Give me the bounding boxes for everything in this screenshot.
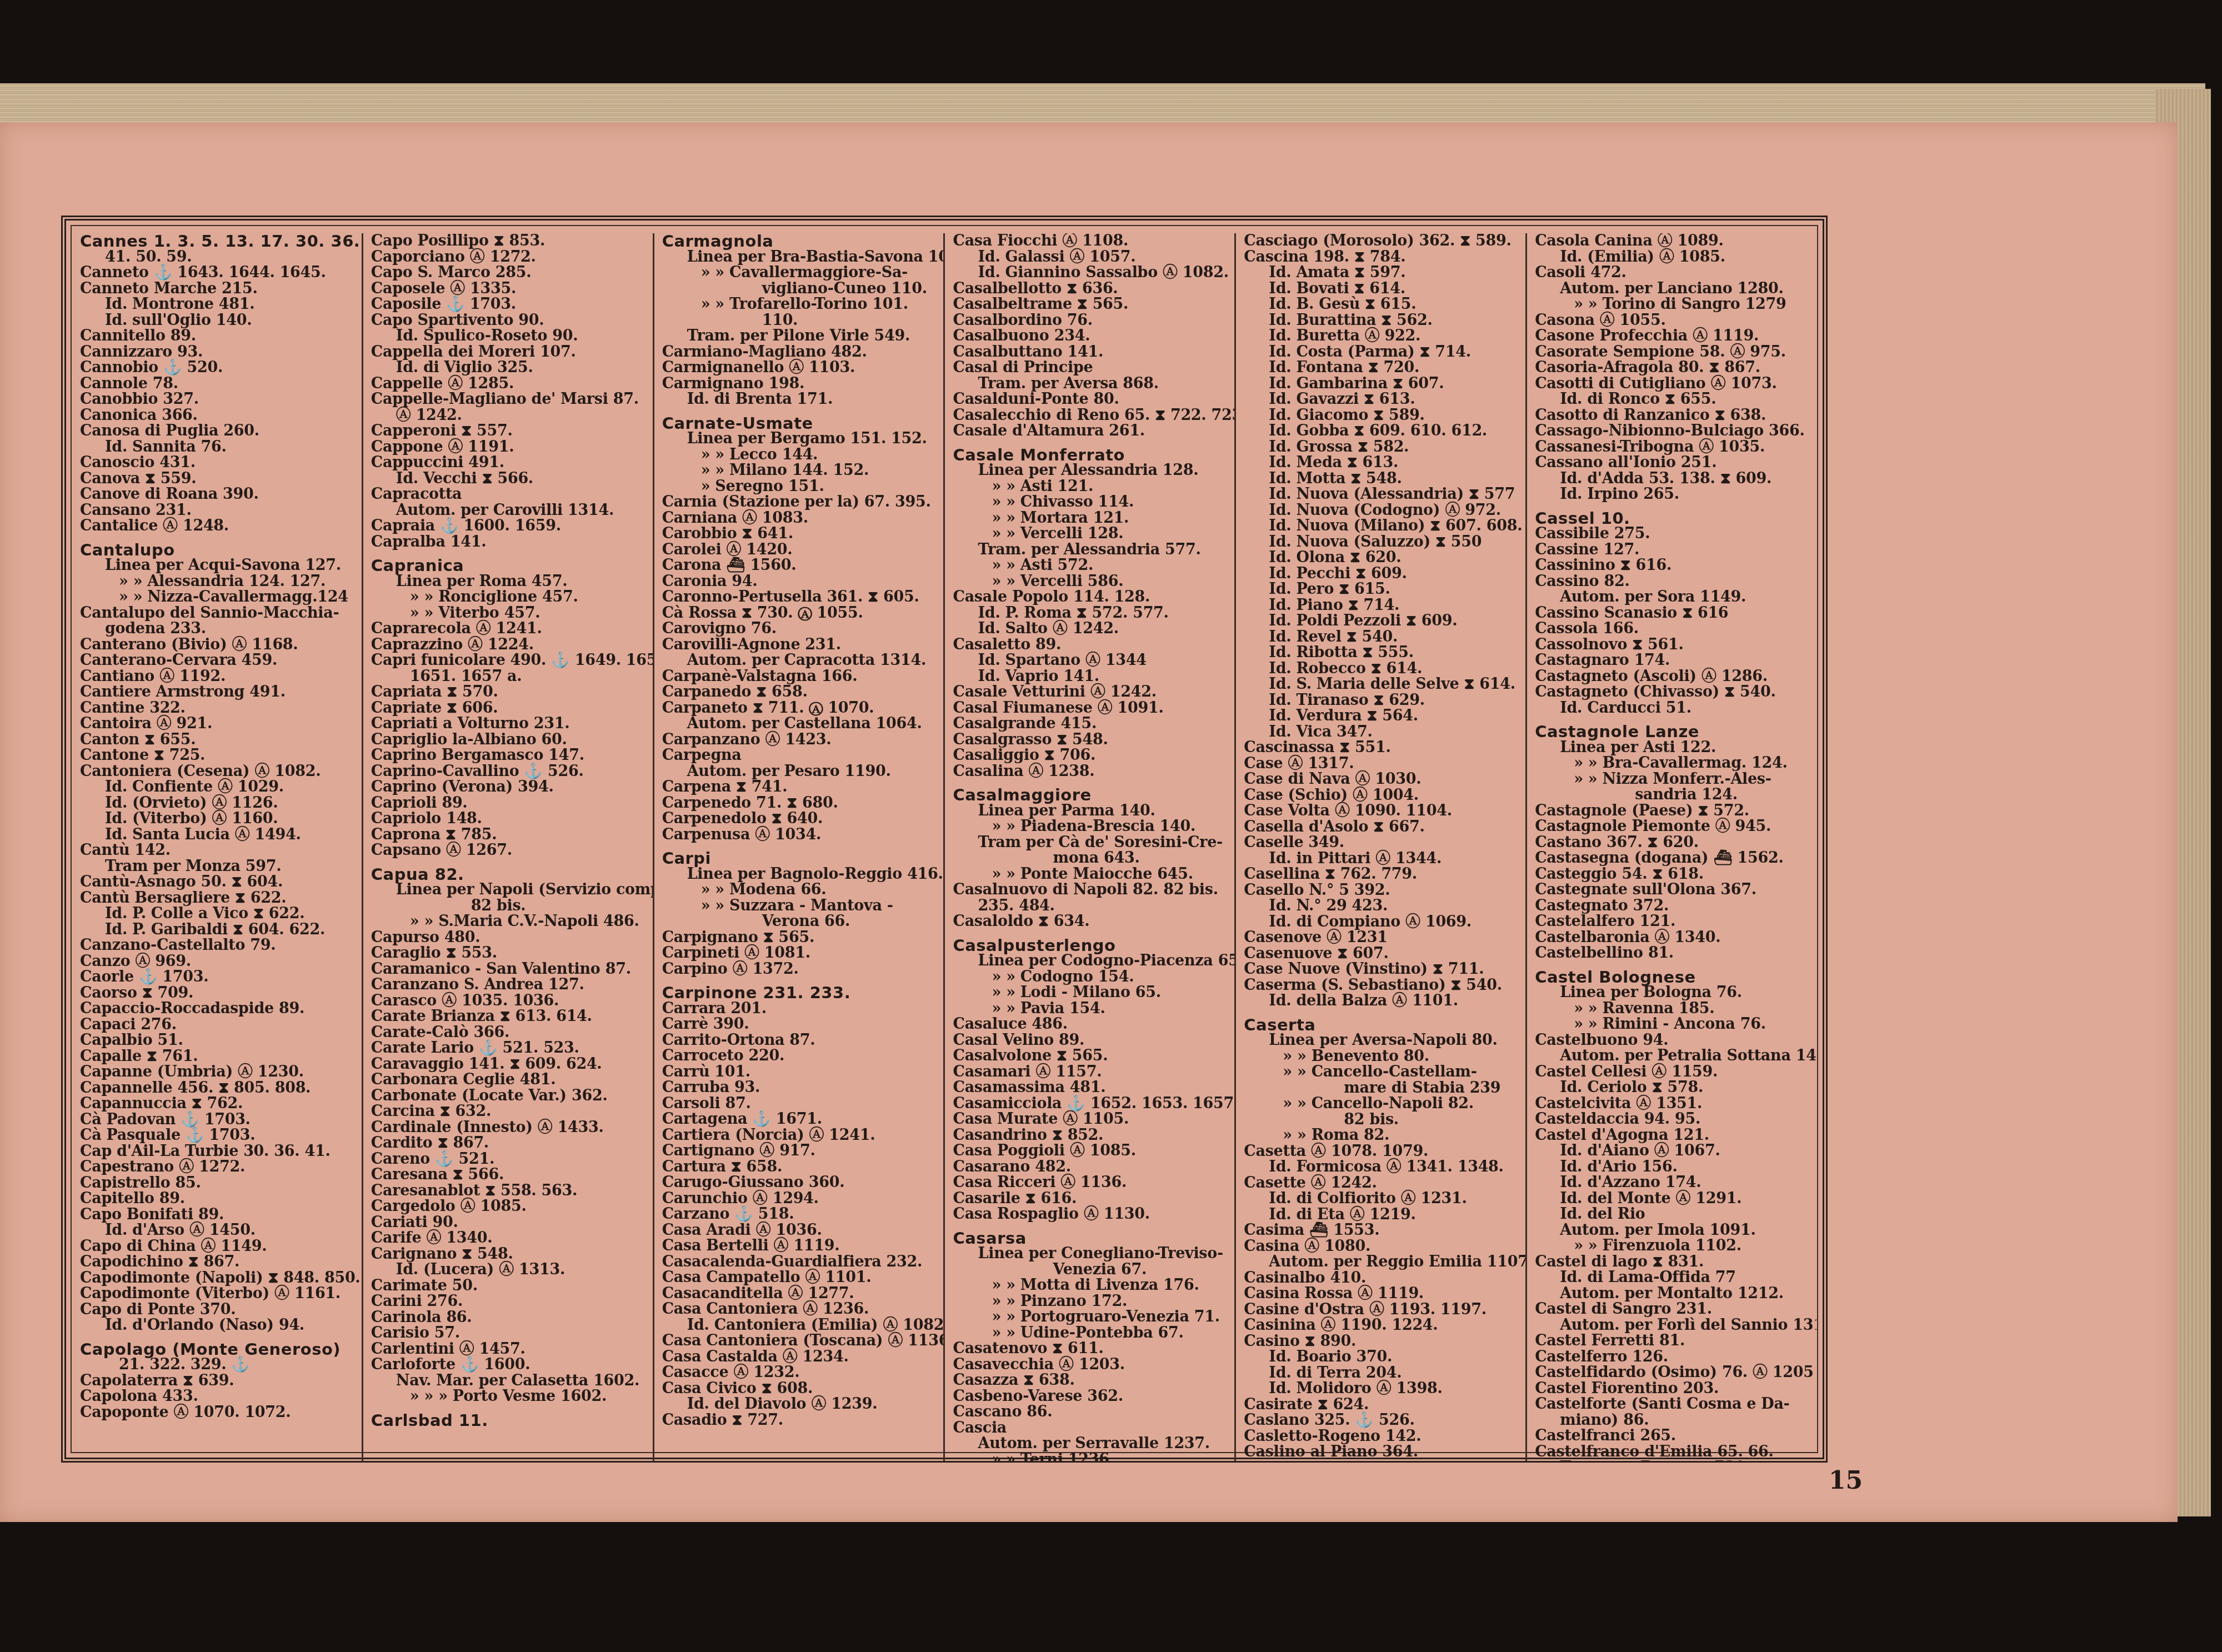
index-entry: Casina Ⓐ 1080. xyxy=(1244,1239,1519,1255)
index-entry: Id. Ceriolo ⧗ 578. xyxy=(1535,1080,1810,1096)
index-entry: Careno ⚓ 521. xyxy=(371,1152,646,1168)
index-entry: Cappuccini 491. xyxy=(371,455,646,471)
index-entry: » » Roma 82. xyxy=(1244,1128,1519,1144)
index-entry: Linea per Aversa-Napoli 80. xyxy=(1244,1033,1519,1049)
index-entry: » » Modena 66. xyxy=(662,882,937,898)
index-entry: Id. Sannita 76. xyxy=(80,439,355,455)
index-entry: Cantine 322. xyxy=(80,700,355,717)
index-entry: Castel Fiorentino 203. xyxy=(1535,1381,1810,1397)
index-entry: Id. Spartano Ⓐ 1344 xyxy=(953,653,1228,669)
index-entry: Id. P. Garibaldi ⧗ 604. 622. xyxy=(80,922,355,938)
index-entry: Id. Vica 347. xyxy=(1244,724,1519,740)
index-heading: Castel Bolognese xyxy=(1535,969,1810,985)
index-entry: » Seregno 151. xyxy=(662,479,937,495)
index-entry: » » Nizza-Cavallermagg.124 xyxy=(80,589,355,605)
index-entry: Casale Popolo 114. 128. xyxy=(953,589,1228,605)
index-entry: Id. d'Adda 53. 138. ⧗ 609. xyxy=(1535,471,1810,487)
index-entry: Caprino (Verona) 394. xyxy=(371,779,646,795)
index-entry: Canobbio 327. xyxy=(80,392,355,408)
index-entry: Canzo Ⓐ 969. xyxy=(80,954,355,970)
index-entry: Casaloldo ⧗ 634. xyxy=(953,914,1228,930)
index-entry: » » Asti 121. xyxy=(953,479,1228,495)
index-entry: Id. (Emilia) Ⓐ 1085. xyxy=(1535,249,1810,266)
index-entry: Cap d'Ail-La Turbie 30. 36. 41. xyxy=(80,1144,355,1160)
index-entry: Casina Rossa Ⓐ 1119. xyxy=(1244,1286,1519,1302)
index-entry: Cantoira Ⓐ 921. xyxy=(80,716,355,732)
index-entry: Carasco Ⓐ 1035. 1036. xyxy=(371,993,646,1009)
index-entry: Canova ⧗ 559. xyxy=(80,471,355,487)
index-entry: Canonica 366. xyxy=(80,408,355,424)
index-entry: Linea per Acqui-Savona 127. xyxy=(80,558,355,574)
index-entry: Casine d'Ostra Ⓐ 1193. 1197. xyxy=(1244,1302,1519,1318)
index-entry: Cannitello 89. xyxy=(80,328,355,344)
index-entry: Casa Poggioli Ⓐ 1085. xyxy=(953,1143,1228,1159)
index-entry: Caposele Ⓐ 1335. xyxy=(371,281,646,297)
index-entry: Caposile ⚓ 1703. xyxy=(371,297,646,313)
index-entry: Capalle ⧗ 761. xyxy=(80,1049,355,1065)
index-entry: Castagnaro 174. xyxy=(1535,653,1810,669)
index-entry: Carlentini Ⓐ 1457. xyxy=(371,1341,646,1358)
index-entry: Capraia ⚓ 1600. 1659. xyxy=(371,518,646,534)
index-entry: Castagnole (Paese) ⧗ 572. xyxy=(1535,803,1810,819)
index-entry: Casotti di Cutigliano Ⓐ 1073. xyxy=(1535,376,1810,392)
index-entry: Carcina ⧗ 632. xyxy=(371,1104,646,1120)
index-entry: » » Mortara 121. xyxy=(953,510,1228,527)
index-entry: Castelfranco d'Emilia 65. 66. xyxy=(1535,1444,1810,1460)
index-entry: Id. Amata ⧗ 597. xyxy=(1244,265,1519,281)
index-entry: Caporciano Ⓐ 1272. xyxy=(371,249,646,266)
index-entry: Castel d'Agogna 121. xyxy=(1535,1128,1810,1144)
index-entry: Capestrano Ⓐ 1272. xyxy=(80,1159,355,1175)
index-heading: Carlsbad 11. xyxy=(371,1413,646,1429)
index-entry: Id. B. Gesù ⧗ 615. xyxy=(1244,297,1519,313)
index-entry: Casamassima 481. xyxy=(953,1080,1228,1096)
index-entry: Casalgrande 415. xyxy=(953,716,1228,732)
index-entry: Autom. per Reggio Emilia 1107. xyxy=(1244,1254,1519,1270)
index-entry: Cannobio ⚓ 520. xyxy=(80,360,355,376)
index-entry: Caranzano S. Andrea 127. xyxy=(371,977,646,993)
index-entry: Casarile ⧗ 616. xyxy=(953,1191,1228,1207)
index-entry: Tram. per Aversa 868. xyxy=(953,376,1228,392)
index-entry: Casoli 472. xyxy=(1535,265,1810,281)
index-entry: Castelforte (Santi Cosma e Da- xyxy=(1535,1396,1810,1413)
index-entry: Caorso ⧗ 709. xyxy=(80,985,355,1002)
index-heading: Capua 82. xyxy=(371,867,646,883)
index-entry: Capriolo 148. xyxy=(371,811,646,827)
index-entry: Carate-Calò 366. xyxy=(371,1025,646,1041)
index-entry: Castelbellino 81. xyxy=(1535,945,1810,962)
index-entry: Capodimonte (Viterbo) Ⓐ 1161. xyxy=(80,1286,355,1302)
index-entry: Casarano 482. xyxy=(953,1159,1228,1175)
index-entry: Castel Cellesi Ⓐ 1159. xyxy=(1535,1064,1810,1080)
index-entry: Carrè 390. xyxy=(662,1017,937,1033)
index-entry: Casacalenda-Guardialfiera 232. xyxy=(662,1254,937,1270)
index-entry: Capo Bonifati 89. xyxy=(80,1207,355,1223)
index-heading: Casalmaggiore xyxy=(953,787,1228,803)
index-entry: Id. Costa (Parma) ⧗ 714. xyxy=(1244,344,1519,361)
index-entry: Casellina ⧗ 762. 779. xyxy=(1244,867,1519,883)
index-entry: Cassago-Nibionno-Bulciago 366. xyxy=(1535,423,1810,439)
index-entry: Capannuccia ⧗ 762. xyxy=(80,1096,355,1112)
index-entry: Autom. per Carovilli 1314. xyxy=(371,503,646,519)
index-entry: Id. Carducci 51. xyxy=(1535,700,1810,717)
index-entry: Casavecchia Ⓐ 1203. xyxy=(953,1357,1228,1373)
index-entry: Ⓐ 1242. xyxy=(371,408,646,424)
index-entry: Caserma (S. Sebastiano) ⧗ 540. xyxy=(1244,978,1519,994)
index-entry: Id. Giacomo ⧗ 589. xyxy=(1244,408,1519,424)
index-entry: » » Pavia 154. xyxy=(953,1001,1228,1017)
index-entry: Carugo-Giussano 360. xyxy=(662,1175,937,1191)
index-entry: Casetta Ⓐ 1078. 1079. xyxy=(1244,1144,1519,1160)
index-entry: Tram. per Alessandria 577. xyxy=(953,542,1228,558)
index-entry: Id. P. Roma ⧗ 572. 577. xyxy=(953,605,1228,622)
index-heading: Capranica xyxy=(371,558,646,574)
index-entry: Casletto-Rogeno 142. xyxy=(1244,1429,1519,1445)
index-entry: Capriate ⧗ 606. xyxy=(371,700,646,717)
index-entry: Autom. per Montalto 1212. xyxy=(1535,1286,1810,1302)
index-entry: Id. Nuova (Codogno) Ⓐ 972. xyxy=(1244,503,1519,519)
index-entry: Carpineti Ⓐ 1081. xyxy=(662,945,937,962)
index-entry: Id. di Brenta 171. xyxy=(662,392,937,408)
index-entry: Cannole 78. xyxy=(80,376,355,392)
index-entry: Casaluce 486. xyxy=(953,1017,1228,1033)
index-entry: » » Viterbo 457. xyxy=(371,605,646,622)
index-entry: Carmignano 198. xyxy=(662,376,937,392)
index-entry: Castelferro 126. xyxy=(1535,1349,1810,1365)
index-entry: Cantù 142. xyxy=(80,843,355,859)
index-column-5: Casciago (Morosolo) 362. ⧗ 589.Cascina 1… xyxy=(1236,233,1527,1461)
index-heading: Cassel 10. xyxy=(1535,510,1810,527)
index-entry: Casalbellotto ⧗ 636. xyxy=(953,281,1228,297)
index-entry: Canove di Roana 390. xyxy=(80,487,355,503)
index-entry: Id. Spulico-Roseto 90. xyxy=(371,328,646,344)
index-column-2: Capo Posillipo ⧗ 853.Caporciano Ⓐ 1272.C… xyxy=(363,233,654,1461)
index-entry: Id. d'Arso Ⓐ 1450. xyxy=(80,1223,355,1239)
index-heading: Casarsa xyxy=(953,1230,1228,1246)
index-entry: Casirate ⧗ 624. xyxy=(1244,1397,1519,1413)
index-entry: » » » Porto Vesme 1602. xyxy=(371,1389,646,1405)
index-entry: Casazza ⧗ 638. xyxy=(953,1373,1228,1389)
index-entry: Casalbordino 76. xyxy=(953,313,1228,329)
index-entry: Capriata ⧗ 570. xyxy=(371,684,646,700)
index-entry: Castelcivita Ⓐ 1351. xyxy=(1535,1096,1810,1112)
index-entry: Id. di Eta Ⓐ 1219. xyxy=(1244,1207,1519,1223)
index-entry: Casinina Ⓐ 1190. 1224. xyxy=(1244,1318,1519,1334)
index-entry: Casteggio 54. ⧗ 618. xyxy=(1535,867,1810,883)
index-entry: Cascano 86. xyxy=(953,1404,1228,1420)
index-entry: Casa Murate Ⓐ 1105. xyxy=(953,1112,1228,1128)
index-entry: Tram. per Pilone Virle 549. xyxy=(662,328,937,344)
index-entry: Cascia xyxy=(953,1420,1228,1436)
index-entry: Casamari Ⓐ 1157. xyxy=(953,1064,1228,1080)
index-entry: Cantù-Asnago 50. ⧗ 604. xyxy=(80,874,355,890)
index-entry: Id. di Viglio 325. xyxy=(371,360,646,376)
index-entry: Capannelle 456. ⧗ 805. 808. xyxy=(80,1080,355,1097)
index-entry: Capodimonte (Napoli) ⧗ 848. 850. xyxy=(80,1270,355,1286)
index-columns: Cannes 1. 3. 5. 13. 17. 30. 36. 40.41. 5… xyxy=(72,233,1816,1461)
index-entry: Id. (Viterbo) Ⓐ 1160. xyxy=(80,811,355,827)
index-entry: Casa Fiocchi Ⓐ 1108. xyxy=(953,233,1228,249)
index-entry: Cantiano Ⓐ 1192. xyxy=(80,669,355,685)
index-entry: Autom. per Castellana 1064. xyxy=(662,716,937,732)
index-entry: Id. di Colfiorito Ⓐ 1231. xyxy=(1244,1191,1519,1207)
index-entry: Id. Montrone 481. xyxy=(80,297,355,313)
index-entry: » » Ponte Maiocche 645. xyxy=(953,867,1228,883)
index-entry: Casalbuttano 141. xyxy=(953,344,1228,361)
index-heading: Carmagnola xyxy=(662,233,937,249)
index-entry: Nav. Mar. per Calasetta 1602. xyxy=(371,1373,646,1389)
index-entry: Id. d'Orlando (Naso) 94. xyxy=(80,1318,355,1334)
index-entry: Capaccio-Roccadaspide 89. xyxy=(80,1001,355,1017)
index-entry: Castegnate sull'Olona 367. xyxy=(1535,882,1810,898)
index-entry: Casciago (Morosolo) 362. ⧗ 589. xyxy=(1244,233,1519,249)
index-entry: Casaletto 89. xyxy=(953,637,1228,653)
index-entry: Castelbuono 94. xyxy=(1535,1033,1810,1049)
index-entry: Carpaneto ⧗ 711. Ⓐ 1070. xyxy=(662,700,937,717)
index-entry: » » Asti 572. xyxy=(953,558,1228,574)
index-entry: » » Firenzuola 1102. xyxy=(1535,1238,1810,1254)
index-entry: Cartiera (Norcia) Ⓐ 1241. xyxy=(662,1128,937,1144)
index-entry: Casoria-Afragola 80. ⧗ 867. xyxy=(1535,360,1810,376)
index-entry: Cappelle Ⓐ 1285. xyxy=(371,376,646,392)
index-entry: Castagnole Piemonte Ⓐ 945. xyxy=(1535,819,1810,835)
index-entry: Caprino Bergamasco 147. xyxy=(371,748,646,764)
index-entry: Id. Meda ⧗ 613. xyxy=(1244,455,1519,471)
index-entry: Id. N.° 29 423. xyxy=(1244,898,1519,914)
index-entry: Id. Verdura ⧗ 564. xyxy=(1244,708,1519,724)
index-entry: mona 643. xyxy=(953,850,1228,867)
index-entry: Capo di China Ⓐ 1149. xyxy=(80,1239,355,1255)
index-entry: miano) 86. xyxy=(1535,1413,1810,1429)
index-entry: Capriati a Volturno 231. xyxy=(371,716,646,732)
index-entry: » » Torino di Sangro 1279 xyxy=(1535,297,1810,313)
index-entry: Id. Santa Lucia Ⓐ 1494. xyxy=(80,827,355,843)
index-entry: Linea per Alessandria 128. xyxy=(953,463,1228,479)
index-entry: Id. del Diavolo Ⓐ 1239. xyxy=(662,1396,937,1413)
index-entry: Id. Salto Ⓐ 1242. xyxy=(953,621,1228,637)
index-entry: » » Milano 144. 152. xyxy=(662,463,937,479)
index-entry: Canoscio 431. xyxy=(80,455,355,471)
index-entry: Id. S. Maria delle Selve ⧗ 614. xyxy=(1244,677,1519,693)
index-entry: Casotto di Ranzanico ⧗ 638. xyxy=(1535,408,1810,424)
index-entry: Id. d'Aiano Ⓐ 1067. xyxy=(1535,1143,1810,1159)
index-entry: Id. Giannino Sassalbo Ⓐ 1082. xyxy=(953,265,1228,281)
index-entry: Id. Galassi Ⓐ 1057. xyxy=(953,249,1228,266)
index-entry: vigliano-Cuneo 110. xyxy=(662,281,937,297)
index-entry: Carroceto 220. xyxy=(662,1048,937,1064)
index-entry: Id. Vecchi ⧗ 566. xyxy=(371,471,646,487)
index-entry: Id. (Orvieto) Ⓐ 1126. xyxy=(80,795,355,812)
index-entry: Cantalupo del Sannio-Macchia- xyxy=(80,605,355,622)
index-entry: 41. 50. 59. xyxy=(80,249,355,266)
index-entry: Carrara 201. xyxy=(662,1001,937,1017)
index-entry: Caslano 325. ⚓ 526. xyxy=(1244,1413,1519,1429)
index-entry: Capo Posillipo ⧗ 853. xyxy=(371,233,646,249)
index-entry: Tram per Cà de' Soresini-Cre- xyxy=(953,835,1228,851)
index-entry: Id. d'Azzano 174. xyxy=(1535,1175,1810,1191)
index-entry: Id. Pero ⧗ 615. xyxy=(1244,582,1519,598)
index-entry: » » Pinzano 172. xyxy=(953,1294,1228,1310)
index-entry: Casa Ricceri Ⓐ 1136. xyxy=(953,1175,1228,1191)
index-entry: Casa Aradi Ⓐ 1036. xyxy=(662,1223,937,1239)
index-entry: Case (Schio) Ⓐ 1004. xyxy=(1244,788,1519,804)
index-entry: Carinola 86. xyxy=(371,1310,646,1326)
index-heading: Castagnole Lanze xyxy=(1535,724,1810,740)
index-entry: Casale d'Altamura 261. xyxy=(953,423,1228,439)
index-entry: Id. Fontana ⧗ 720. xyxy=(1244,360,1519,376)
index-entry: Casette Ⓐ 1242. xyxy=(1244,1175,1519,1192)
index-entry: Verona 66. xyxy=(662,914,937,930)
index-entry: Cassino Scanasio ⧗ 616 xyxy=(1535,605,1810,622)
index-entry: Caprazzino Ⓐ 1224. xyxy=(371,637,646,653)
index-entry: Casalina Ⓐ 1238. xyxy=(953,764,1228,780)
index-entry: Linea per Asti 122. xyxy=(1535,740,1810,756)
index-entry: Castelfranci 265. xyxy=(1535,1428,1810,1444)
index-entry: Autom. per Lanciano 1280. xyxy=(1535,281,1810,297)
index-entry: » » Suzzara - Mantova - xyxy=(662,898,937,914)
index-entry: 21. 322. 329. ⚓ xyxy=(80,1357,355,1373)
index-entry: Capperoni ⧗ 557. xyxy=(371,423,646,439)
index-entry: Carolei Ⓐ 1420. xyxy=(662,542,937,558)
index-entry: Carniana Ⓐ 1083. xyxy=(662,510,937,527)
index-entry: » » Cavallermaggiore-Sa- xyxy=(662,265,937,281)
index-entry: Capralba 141. xyxy=(371,534,646,550)
index-entry: Case Ⓐ 1317. xyxy=(1244,756,1519,772)
index-entry: Canneto Marche 215. xyxy=(80,281,355,297)
index-entry: Caronno-Pertusella 361. ⧗ 605. xyxy=(662,589,937,605)
index-entry: Castagneto (Chivasso) ⧗ 540. xyxy=(1535,684,1810,700)
index-entry: Carpignano ⧗ 565. xyxy=(662,930,937,946)
index-entry: Autom. per Forlì del Sannio 1318. xyxy=(1535,1318,1810,1334)
index-entry: Cà Pasquale ⚓ 1703. xyxy=(80,1128,355,1144)
index-heading: Carpinone 231. 233. xyxy=(662,985,937,1001)
index-entry: Id. Gobba ⧗ 609. 610. 612. xyxy=(1244,423,1519,439)
index-entry: Cassino 82. xyxy=(1535,574,1810,590)
index-entry: Id. Cantoniera (Emilia) Ⓐ 1082. xyxy=(662,1318,937,1334)
index-column-1: Cannes 1. 3. 5. 13. 17. 30. 36. 40.41. 5… xyxy=(72,233,363,1461)
index-entry: Carmiano-Magliano 482. xyxy=(662,344,937,361)
index-entry: » » Motta di Livenza 176. xyxy=(953,1278,1228,1294)
index-entry: Casacce Ⓐ 1232. xyxy=(662,1365,937,1381)
index-heading: Cantalupo xyxy=(80,542,355,558)
index-entry: Cappella dei Moreri 107. xyxy=(371,344,646,361)
index-entry: Casaliggio ⧗ 706. xyxy=(953,748,1228,764)
index-entry: Linea per Bologna 76. xyxy=(1535,985,1810,1001)
index-entry: Casalbuono 234. xyxy=(953,328,1228,344)
index-entry: Casenuove ⧗ 607. xyxy=(1244,946,1519,962)
index-entry: Id. Nuova (Milano) ⧗ 607. 608. xyxy=(1244,518,1519,534)
index-entry: Casinalbo 410. xyxy=(1244,1270,1519,1286)
index-entry: Capolona 433. xyxy=(80,1389,355,1405)
index-entry: Carsoli 87. xyxy=(662,1096,937,1112)
index-entry: 82 bis. xyxy=(371,898,646,914)
index-entry: Autom. per Sora 1149. xyxy=(1535,589,1810,605)
index-entry: Casino ⧗ 890. xyxy=(1244,1334,1519,1350)
index-entry: Castelfidardo (Osimo) 76. Ⓐ 1205 xyxy=(1535,1365,1810,1381)
index-entry: » » Piadena-Brescia 140. xyxy=(953,819,1228,835)
index-entry: Casello N.° 5 392. xyxy=(1244,883,1519,899)
index-entry: Casbeno-Varese 362. xyxy=(953,1389,1228,1405)
index-entry: » » Alessandria 124. 127. xyxy=(80,574,355,590)
index-entry: Cà Rossa ⧗ 730. Ⓐ 1055. xyxy=(662,605,937,622)
index-entry: Canzano-Castellalto 79. xyxy=(80,938,355,954)
index-entry: Carife Ⓐ 1340. xyxy=(371,1230,646,1246)
index-entry: Capo di Ponte 370. xyxy=(80,1302,355,1318)
index-entry: Carovilli-Agnone 231. xyxy=(662,637,937,653)
index-heading: Carnate-Usmate xyxy=(662,415,937,432)
index-entry: Id. Olona ⧗ 620. xyxy=(1244,550,1519,566)
index-entry: Capsano Ⓐ 1267. xyxy=(371,843,646,859)
index-entry: Cantone ⧗ 725. xyxy=(80,748,355,764)
index-entry: Casal Fiumanese Ⓐ 1091. xyxy=(953,700,1228,717)
index-entry: Casadio ⧗ 727. xyxy=(662,1413,937,1429)
index-heading: Casalpusterlengo xyxy=(953,938,1228,954)
index-entry: Casorate Sempione 58. Ⓐ 975. xyxy=(1535,344,1810,361)
index-entry: mare di Stabia 239 xyxy=(1244,1080,1519,1097)
index-entry: Carisio 57. xyxy=(371,1325,646,1341)
index-entry: Caslino al Piano 364. xyxy=(1244,1444,1519,1460)
index-entry: sandria 124. xyxy=(1535,787,1810,803)
index-entry: » » Portogruaro-Venezia 71. xyxy=(953,1309,1228,1325)
index-entry: Carpino Ⓐ 1372. xyxy=(662,962,937,978)
index-entry: » » Vercelli 586. xyxy=(953,574,1228,590)
index-entry: Carpanedo ⧗ 658. xyxy=(662,684,937,700)
index-entry: Cardinale (Innesto) Ⓐ 1433. xyxy=(371,1120,646,1136)
index-entry: Carbonara Ceglie 481. xyxy=(371,1072,646,1088)
index-entry: Casa Castalda Ⓐ 1234. xyxy=(662,1349,937,1365)
index-entry: Linea per Bagnolo-Reggio 416. xyxy=(662,867,937,883)
index-entry: Carona ⛴ 1560. xyxy=(662,558,937,574)
index-entry: Casola Canina Ⓐ 1089. xyxy=(1535,233,1810,249)
index-entry: » » Terni 1236. xyxy=(953,1452,1228,1461)
index-entry: Id. (Lucera) Ⓐ 1313. xyxy=(371,1262,646,1278)
index-entry: Castano 367. ⧗ 620. xyxy=(1535,835,1810,851)
index-entry: Id. Robecco ⧗ 614. xyxy=(1244,661,1519,677)
index-entry: Id. Pecchi ⧗ 609. xyxy=(1244,566,1519,582)
index-entry: Casona Ⓐ 1055. xyxy=(1535,313,1810,329)
index-entry: Venezia 67. xyxy=(953,1262,1228,1278)
index-entry: Carzano ⚓ 518. xyxy=(662,1207,937,1223)
index-entry: Id. Burattina ⧗ 562. xyxy=(1244,313,1519,329)
index-entry: Carnia (Stazione per la) 67. 395. xyxy=(662,494,937,510)
index-entry: Cantiere Armstrong 491. xyxy=(80,684,355,700)
index-entry: Cascina 198. ⧗ 784. xyxy=(1244,249,1519,266)
index-entry: Carpanè-Valstagna 166. xyxy=(662,669,937,685)
index-entry: Cartignano Ⓐ 917. xyxy=(662,1143,937,1159)
index-entry: Castelalfero 121. xyxy=(1535,914,1810,930)
index-entry: Cassibile 275. xyxy=(1535,526,1810,542)
index-entry: Castagneto (Ascoli) Ⓐ 1286. xyxy=(1535,669,1810,685)
index-entry: Id. Ribotta ⧗ 555. xyxy=(1244,645,1519,661)
index-entry: Casalgrasso ⧗ 548. xyxy=(953,732,1228,748)
index-entry: Cassolnovo ⧗ 561. xyxy=(1535,637,1810,653)
index-entry: » » Benevento 80. xyxy=(1244,1049,1519,1065)
index-heading: Casale Monferrato xyxy=(953,447,1228,463)
index-entry: Carimate 50. xyxy=(371,1278,646,1294)
index-entry: Castelbaronia Ⓐ 1340. xyxy=(1535,930,1810,946)
index-entry: Id. Tiranaso ⧗ 629. xyxy=(1244,693,1519,709)
page-number: 15 xyxy=(1829,1466,1863,1495)
index-entry: Cassola 166. xyxy=(1535,621,1810,637)
index-entry: Carpenusa Ⓐ 1034. xyxy=(662,827,937,843)
index-entry: Cassinino ⧗ 616. xyxy=(1535,558,1810,574)
index-entry: godena 233. xyxy=(80,621,355,637)
index-entry: Capriglio la-Albiano 60. xyxy=(371,732,646,748)
index-entry: Carrito-Ortona 87. xyxy=(662,1033,937,1049)
index-entry: Canton ⧗ 655. xyxy=(80,732,355,748)
index-entry: Autom. per Imola 1091. xyxy=(1535,1223,1810,1239)
index-entry: » » Ronciglione 457. xyxy=(371,589,646,605)
